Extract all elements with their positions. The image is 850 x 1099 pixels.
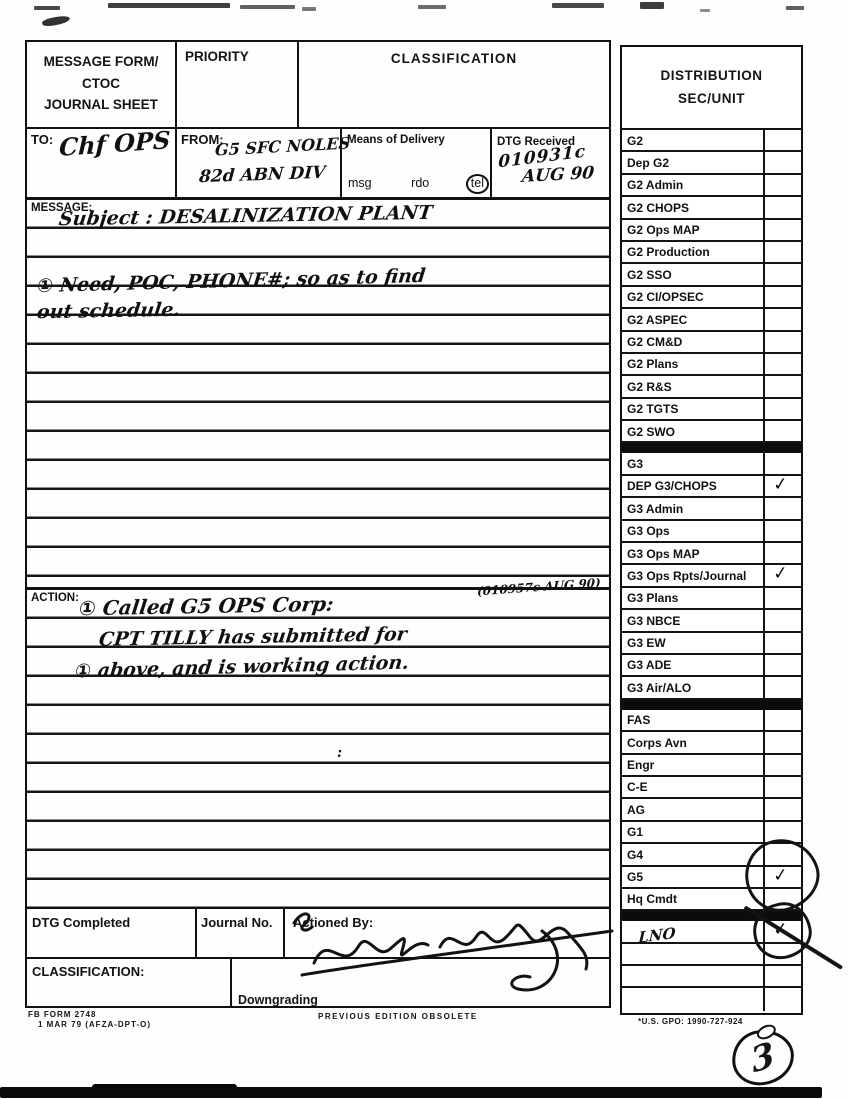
distribution-check-cell [763, 130, 801, 150]
distribution-check-cell [763, 777, 801, 797]
distribution-row: G3 Admin [622, 498, 801, 520]
distribution-row [622, 966, 801, 988]
routing-row: TO: Chf OPS FROM: G5 SFC NOLES 82d ABN D… [27, 127, 609, 197]
message-form: MESSAGE FORM/ CTOC JOURNAL SHEET PRIORIT… [25, 40, 611, 1008]
message-section: MESSAGE: Subject : DESALINIZATION PLANT … [27, 197, 609, 587]
form-date: 1 MAR 79 (AFZA-DPT-O) [28, 1020, 151, 1030]
from-handwritten-line2: 82d ABN DIV [198, 163, 326, 187]
distribution-check-cell [763, 755, 801, 775]
distribution-check-cell: ✓ [763, 476, 801, 496]
downgrading-label: Downgrading [238, 993, 318, 1007]
distribution-unit-label: G2 SWO [622, 421, 763, 441]
checkmark-icon: ✓ [772, 563, 789, 585]
distribution-check-cell [763, 732, 801, 752]
distribution-unit-label: G2 Ops MAP [622, 220, 763, 240]
distribution-check-cell [763, 498, 801, 518]
to-handwritten-value: Chf OPS [59, 125, 171, 162]
actioned-by-label: Actioned By: [293, 915, 373, 930]
previous-edition-note: PREVIOUS EDITION OBSOLETE [318, 1012, 478, 1021]
distribution-header: DISTRIBUTION SEC/UNIT [622, 47, 801, 130]
distribution-row: G2 CHOPS [622, 197, 801, 219]
form-header-row: MESSAGE FORM/ CTOC JOURNAL SHEET PRIORIT… [27, 42, 609, 127]
distribution-unit-label: C-E [622, 777, 763, 797]
classification-field: CLASSIFICATION [299, 42, 609, 127]
distribution-check-cell [763, 309, 801, 329]
distribution-unit-label: G3 Plans [622, 588, 763, 608]
action-handwritten-line1: ① Called G5 OPS Corp: [78, 592, 336, 620]
to-field: TO: Chf OPS [27, 129, 177, 197]
distribution-row: G2 CI/OPSEC [622, 287, 801, 309]
distribution-row: AG [622, 799, 801, 821]
distribution-row: G3 Plans [622, 588, 801, 610]
bottom-classification-label: CLASSIFICATION: [32, 964, 144, 979]
distribution-check-cell [763, 799, 801, 819]
scan-artifact [302, 7, 316, 11]
distribution-row: G2 Admin [622, 175, 801, 197]
distribution-row: C-E [622, 777, 801, 799]
distribution-unit-label: Dep G2 [622, 152, 763, 172]
scan-artifact [240, 5, 295, 9]
distribution-check-cell [763, 588, 801, 608]
distribution-check-cell [763, 677, 801, 697]
distribution-unit-label: G4 [622, 844, 763, 864]
distribution-row: G2 SSO [622, 264, 801, 286]
distribution-unit-label [622, 944, 763, 964]
distribution-row: DEP G3/CHOPS✓ [622, 476, 801, 498]
distribution-check-cell [763, 610, 801, 630]
distribution-row: G3 Ops [622, 521, 801, 543]
distribution-header-line1: DISTRIBUTION [622, 65, 801, 88]
checkmark-icon: ✓ [772, 473, 789, 495]
scan-artifact [640, 2, 664, 9]
distribution-check-cell [763, 988, 801, 1010]
distribution-unit-label: G3 Ops [622, 521, 763, 541]
distribution-row [622, 988, 801, 1010]
distribution-check-cell [763, 376, 801, 396]
distribution-row: G5✓ [622, 867, 801, 889]
distribution-check-cell [763, 421, 801, 441]
distribution-unit-label: G1 [622, 822, 763, 842]
checkmark-icon: ✓ [772, 864, 789, 886]
distribution-check-cell [763, 332, 801, 352]
dtg-received-field: DTG Received 010931c AUG 90 [492, 129, 609, 197]
distribution-unit-label: G3 Ops MAP [622, 543, 763, 563]
distribution-unit-label [622, 988, 763, 1010]
delivery-option-msg: msg [348, 176, 372, 192]
distribution-unit-label: AG [622, 799, 763, 819]
checkmark-icon: ✓ [772, 919, 789, 941]
delivery-option-tel: tel [466, 174, 489, 194]
distribution-unit-label: G3 ADE [622, 655, 763, 675]
distribution-unit-label: G2 ASPEC [622, 309, 763, 329]
distribution-unit-label: Corps Avn [622, 732, 763, 752]
distribution-row: G3 ADE [622, 655, 801, 677]
distribution-row: G3 Ops MAP [622, 543, 801, 565]
distribution-check-cell [763, 966, 801, 986]
completion-row: DTG Completed Journal No. Actioned By: [27, 907, 609, 957]
distribution-row: LNO✓ [622, 921, 801, 943]
scan-artifact [700, 9, 710, 12]
distribution-row: G3 NBCE [622, 610, 801, 632]
gpo-print-note: *U.S. GPO: 1990-727-924 [638, 1017, 743, 1026]
distribution-check-cell [763, 633, 801, 653]
distribution-check-cell: ✓ [763, 867, 801, 887]
distribution-unit-label: FAS [622, 710, 763, 730]
distribution-unit-label: G2 CM&D [622, 332, 763, 352]
means-of-delivery-field: Means of Delivery msg rdo tel [342, 129, 492, 197]
distribution-unit-label: G2 Production [622, 242, 763, 262]
distribution-check-cell: ✓ [763, 565, 801, 585]
distribution-unit-label: G2 Admin [622, 175, 763, 195]
form-number: FB FORM 2748 [28, 1010, 151, 1020]
distribution-row: G2 TGTS [622, 399, 801, 421]
scan-artifact [418, 5, 446, 9]
actioned-by-field: Actioned By: [285, 909, 609, 957]
journal-no-label: Journal No. [201, 915, 273, 930]
distribution-unit-label [622, 966, 763, 986]
distribution-row: Corps Avn [622, 732, 801, 754]
distribution-check-cell [763, 399, 801, 419]
distribution-unit-label: Hq Cmdt [622, 889, 763, 909]
from-field: FROM: G5 SFC NOLES 82d ABN DIV [177, 129, 342, 197]
distribution-unit-label: G3 Admin [622, 498, 763, 518]
scan-artifact [552, 3, 604, 8]
distribution-check-cell [763, 220, 801, 240]
distribution-rows: G2Dep G2G2 AdminG2 CHOPSG2 Ops MAPG2 Pro… [622, 130, 801, 1012]
distribution-row: G3 [622, 453, 801, 475]
means-of-delivery-label: Means of Delivery [347, 134, 445, 146]
distribution-unit-label: G2 R&S [622, 376, 763, 396]
dtg-completed-field: DTG Completed [27, 909, 197, 957]
distribution-row: G2 R&S [622, 376, 801, 398]
scanned-document-page: MESSAGE FORM/ CTOC JOURNAL SHEET PRIORIT… [0, 0, 850, 1099]
distribution-row: G2 ASPEC [622, 309, 801, 331]
distribution-check-cell [763, 264, 801, 284]
distribution-row: G2 Ops MAP [622, 220, 801, 242]
distribution-check-cell [763, 710, 801, 730]
message-handwritten-line2: out schedule. [36, 299, 182, 324]
form-title-line: MESSAGE FORM/ [27, 51, 175, 73]
bottom-classification-row: CLASSIFICATION: Downgrading [27, 957, 609, 1008]
distribution-unit-label: DEP G3/CHOPS [622, 476, 763, 496]
distribution-unit-label: Engr [622, 755, 763, 775]
message-handwritten-line1: ① Need, POC, PHONE#; so as to find [36, 265, 427, 297]
distribution-check-cell [763, 453, 801, 473]
distribution-unit-label: G3 Air/ALO [622, 677, 763, 697]
distribution-table: DISTRIBUTION SEC/UNIT G2Dep G2G2 AdminG2… [620, 45, 803, 1015]
dtg-received-handwritten-line2: AUG 90 [521, 163, 595, 187]
downgrading-field: Downgrading [232, 959, 609, 1008]
form-title-line: CTOC [27, 73, 175, 95]
distribution-unit-label: G3 Ops Rpts/Journal [622, 565, 763, 585]
stray-pen-mark: : [337, 745, 342, 761]
scan-artifact [786, 6, 804, 10]
scan-artifact [0, 1087, 822, 1098]
delivery-option-rdo: rdo [411, 176, 429, 192]
form-title: MESSAGE FORM/ CTOC JOURNAL SHEET [27, 42, 177, 127]
scan-artifact [108, 3, 230, 8]
distribution-unit-label: G3 [622, 453, 763, 473]
distribution-check-cell: ✓ [763, 921, 801, 941]
distribution-unit-label: G2 TGTS [622, 399, 763, 419]
distribution-unit-label: G2 CHOPS [622, 197, 763, 217]
distribution-row: Dep G2 [622, 152, 801, 174]
scan-artifact [34, 6, 60, 10]
distribution-check-cell [763, 521, 801, 541]
distribution-check-cell [763, 152, 801, 172]
distribution-row: G3 Air/ALO [622, 677, 801, 699]
priority-label: PRIORITY [185, 49, 249, 64]
action-label: ACTION: [31, 592, 79, 604]
distribution-unit-label: G3 EW [622, 633, 763, 653]
distribution-section-divider [622, 700, 801, 710]
distribution-check-cell [763, 354, 801, 374]
form-number-note: FB FORM 2748 1 MAR 79 (AFZA-DPT-O) [28, 1010, 151, 1031]
distribution-row: G3 EW [622, 633, 801, 655]
dtg-completed-label: DTG Completed [32, 915, 130, 930]
classification-label: CLASSIFICATION [391, 51, 517, 66]
distribution-unit-label: G2 SSO [622, 264, 763, 284]
from-handwritten-line1: G5 SFC NOLES [215, 133, 351, 159]
journal-no-field: Journal No. [197, 909, 285, 957]
action-handwritten-line3: ① above, and is working action. [74, 652, 410, 683]
action-section: ACTION: (010957c AUG 90) ① Called G5 OPS… [27, 587, 609, 907]
distribution-check-cell [763, 242, 801, 262]
delivery-options: msg rdo tel [348, 176, 486, 192]
distribution-check-cell [763, 197, 801, 217]
distribution-row: G2 Plans [622, 354, 801, 376]
distribution-unit-label: G2 [622, 130, 763, 150]
distribution-check-cell [763, 287, 801, 307]
to-label: TO: [31, 132, 53, 147]
page-number: 3 [749, 1037, 777, 1078]
page-number-circle: 3 [729, 1027, 796, 1088]
distribution-row: G2 Production [622, 242, 801, 264]
distribution-unit-label: G2 CI/OPSEC [622, 287, 763, 307]
distribution-unit-label: G3 NBCE [622, 610, 763, 630]
form-title-line: JOURNAL SHEET [27, 94, 175, 116]
distribution-row: G3 Ops Rpts/Journal✓ [622, 565, 801, 587]
distribution-section-divider [622, 443, 801, 453]
distribution-check-cell [763, 175, 801, 195]
distribution-unit-label: G2 Plans [622, 354, 763, 374]
scan-artifact [41, 14, 70, 28]
distribution-row: G2 SWO [622, 421, 801, 443]
distribution-row: FAS [622, 710, 801, 732]
distribution-header-line2: SEC/UNIT [622, 88, 801, 111]
distribution-unit-label: G5 [622, 867, 763, 887]
distribution-row: Engr [622, 755, 801, 777]
message-subject-handwritten: Subject : DESALINIZATION PLANT [58, 202, 434, 231]
distribution-check-cell [763, 543, 801, 563]
distribution-check-cell [763, 655, 801, 675]
priority-field: PRIORITY [177, 42, 299, 127]
action-handwritten-line2: CPT TILLY has submitted for [98, 623, 408, 650]
distribution-row: G2 [622, 130, 801, 152]
distribution-row: G2 CM&D [622, 332, 801, 354]
bottom-classification-field: CLASSIFICATION: [27, 959, 232, 1008]
